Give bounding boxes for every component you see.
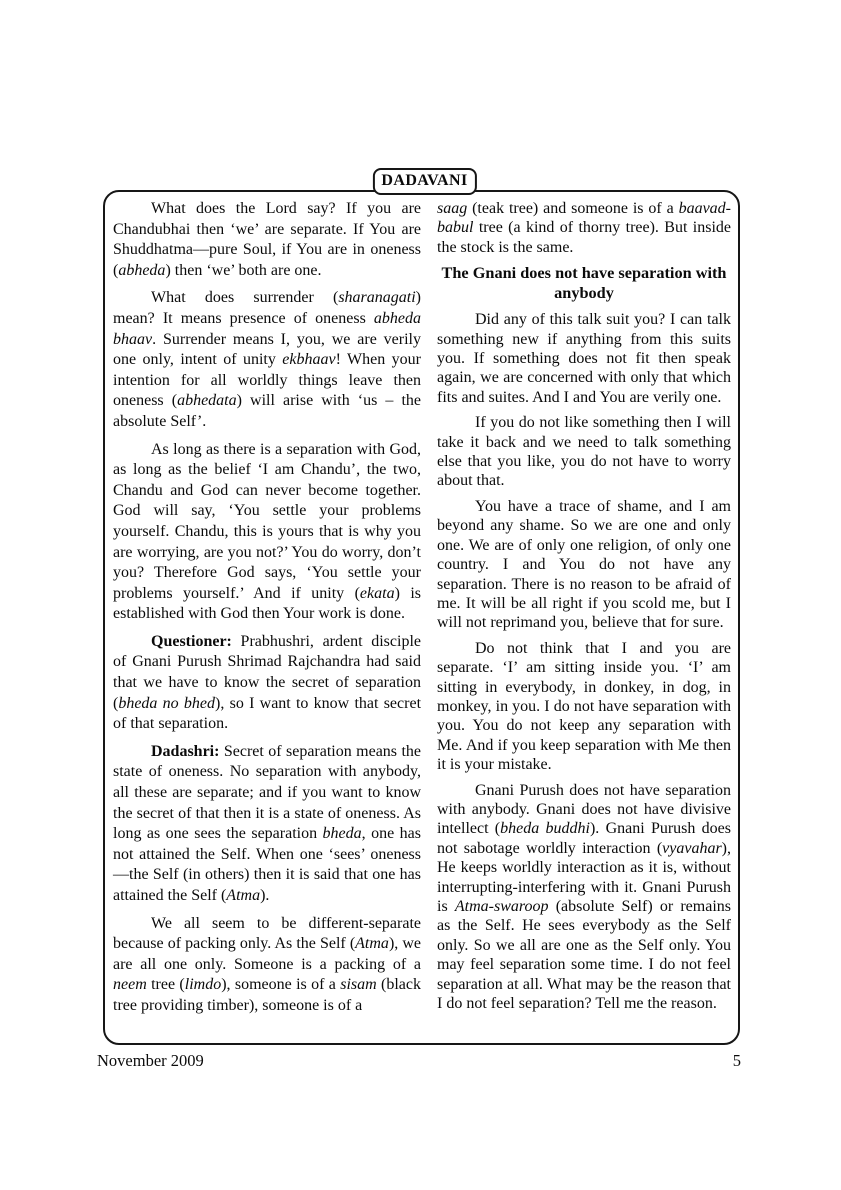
italic-term: neem xyxy=(113,976,147,993)
italic-term: limdo xyxy=(185,976,221,993)
left-column: What does the Lord say? If you are Chand… xyxy=(113,199,421,1043)
text-run: What does surrender ( xyxy=(151,289,338,306)
paragraph: Do not think that I and you are separate… xyxy=(437,639,731,775)
italic-term: ekata xyxy=(360,585,395,602)
paragraph: Did any of this talk suit you? I can tal… xyxy=(437,310,731,407)
italic-term: bheda xyxy=(323,825,362,842)
text-run: Did any of this talk suit you? I can tal… xyxy=(437,311,731,406)
speaker-label: Dadashri: xyxy=(151,743,219,760)
paragraph: What does surrender (sharanagati) mean? … xyxy=(113,288,421,432)
paragraph: You have a trace of shame, and I am beyo… xyxy=(437,497,731,633)
italic-term: sisam xyxy=(340,976,376,993)
speaker-label: Questioner: xyxy=(151,633,232,650)
text-run: (teak tree) and someone is of a xyxy=(467,200,678,217)
italic-term: abhedata xyxy=(177,392,237,409)
text-run: ). xyxy=(260,887,269,904)
page-number: 5 xyxy=(733,1051,741,1071)
paragraph: If you do not like something then I will… xyxy=(437,413,731,491)
paragraph: What does the Lord say? If you are Chand… xyxy=(113,199,421,281)
italic-term: vyavahar xyxy=(662,840,722,857)
text-run: Do not think that I and you are separate… xyxy=(437,640,731,773)
questioner-paragraph: Questioner: Prabhushri, ardent disciple … xyxy=(113,632,421,735)
dadashri-paragraph: Dadashri: Secret of separation means the… xyxy=(113,742,421,907)
text-run: ) then ‘we’ both are one. xyxy=(165,262,321,279)
text-run: As long as there is a separation with Go… xyxy=(113,441,421,602)
magazine-page: DADAVANI What does the Lord say? If you … xyxy=(0,0,841,1190)
italic-term: bheda buddhi xyxy=(500,820,590,837)
section-heading: The Gnani does not have separation with … xyxy=(437,263,731,303)
paragraph: Gnani Purush does not have separation wi… xyxy=(437,781,731,1014)
content-frame: What does the Lord say? If you are Chand… xyxy=(103,190,740,1045)
text-run: (absolute Self) or remains as the Self. … xyxy=(437,898,731,1012)
italic-term: bheda no bhed xyxy=(118,695,215,712)
italic-term: sharanagati xyxy=(338,289,415,306)
italic-term: abheda xyxy=(118,262,165,279)
masthead-badge: DADAVANI xyxy=(372,168,476,195)
text-run: tree (a kind of thorny tree). But inside… xyxy=(437,219,731,255)
text-run: If you do not like something then I will… xyxy=(437,414,731,489)
italic-term: Atma xyxy=(226,887,260,904)
paragraph: As long as there is a separation with Go… xyxy=(113,440,421,625)
italic-term: ekbhaav xyxy=(282,351,335,368)
continuation-paragraph: saag (teak tree) and someone is of a baa… xyxy=(437,199,731,257)
paragraph: We all seem to be different-separate bec… xyxy=(113,914,421,1017)
italic-term: Atma xyxy=(355,935,389,952)
masthead-title: DADAVANI xyxy=(381,172,467,189)
text-run: tree ( xyxy=(147,976,185,993)
right-column: saag (teak tree) and someone is of a baa… xyxy=(437,199,731,1043)
text-run: ), someone is of a xyxy=(221,976,340,993)
italic-term: Atma-swaroop xyxy=(455,898,549,915)
italic-term: saag xyxy=(437,200,467,217)
page-footer: November 2009 5 xyxy=(97,1051,741,1071)
footer-issue-date: November 2009 xyxy=(97,1051,204,1071)
text-run: You have a trace of shame, and I am beyo… xyxy=(437,498,731,631)
